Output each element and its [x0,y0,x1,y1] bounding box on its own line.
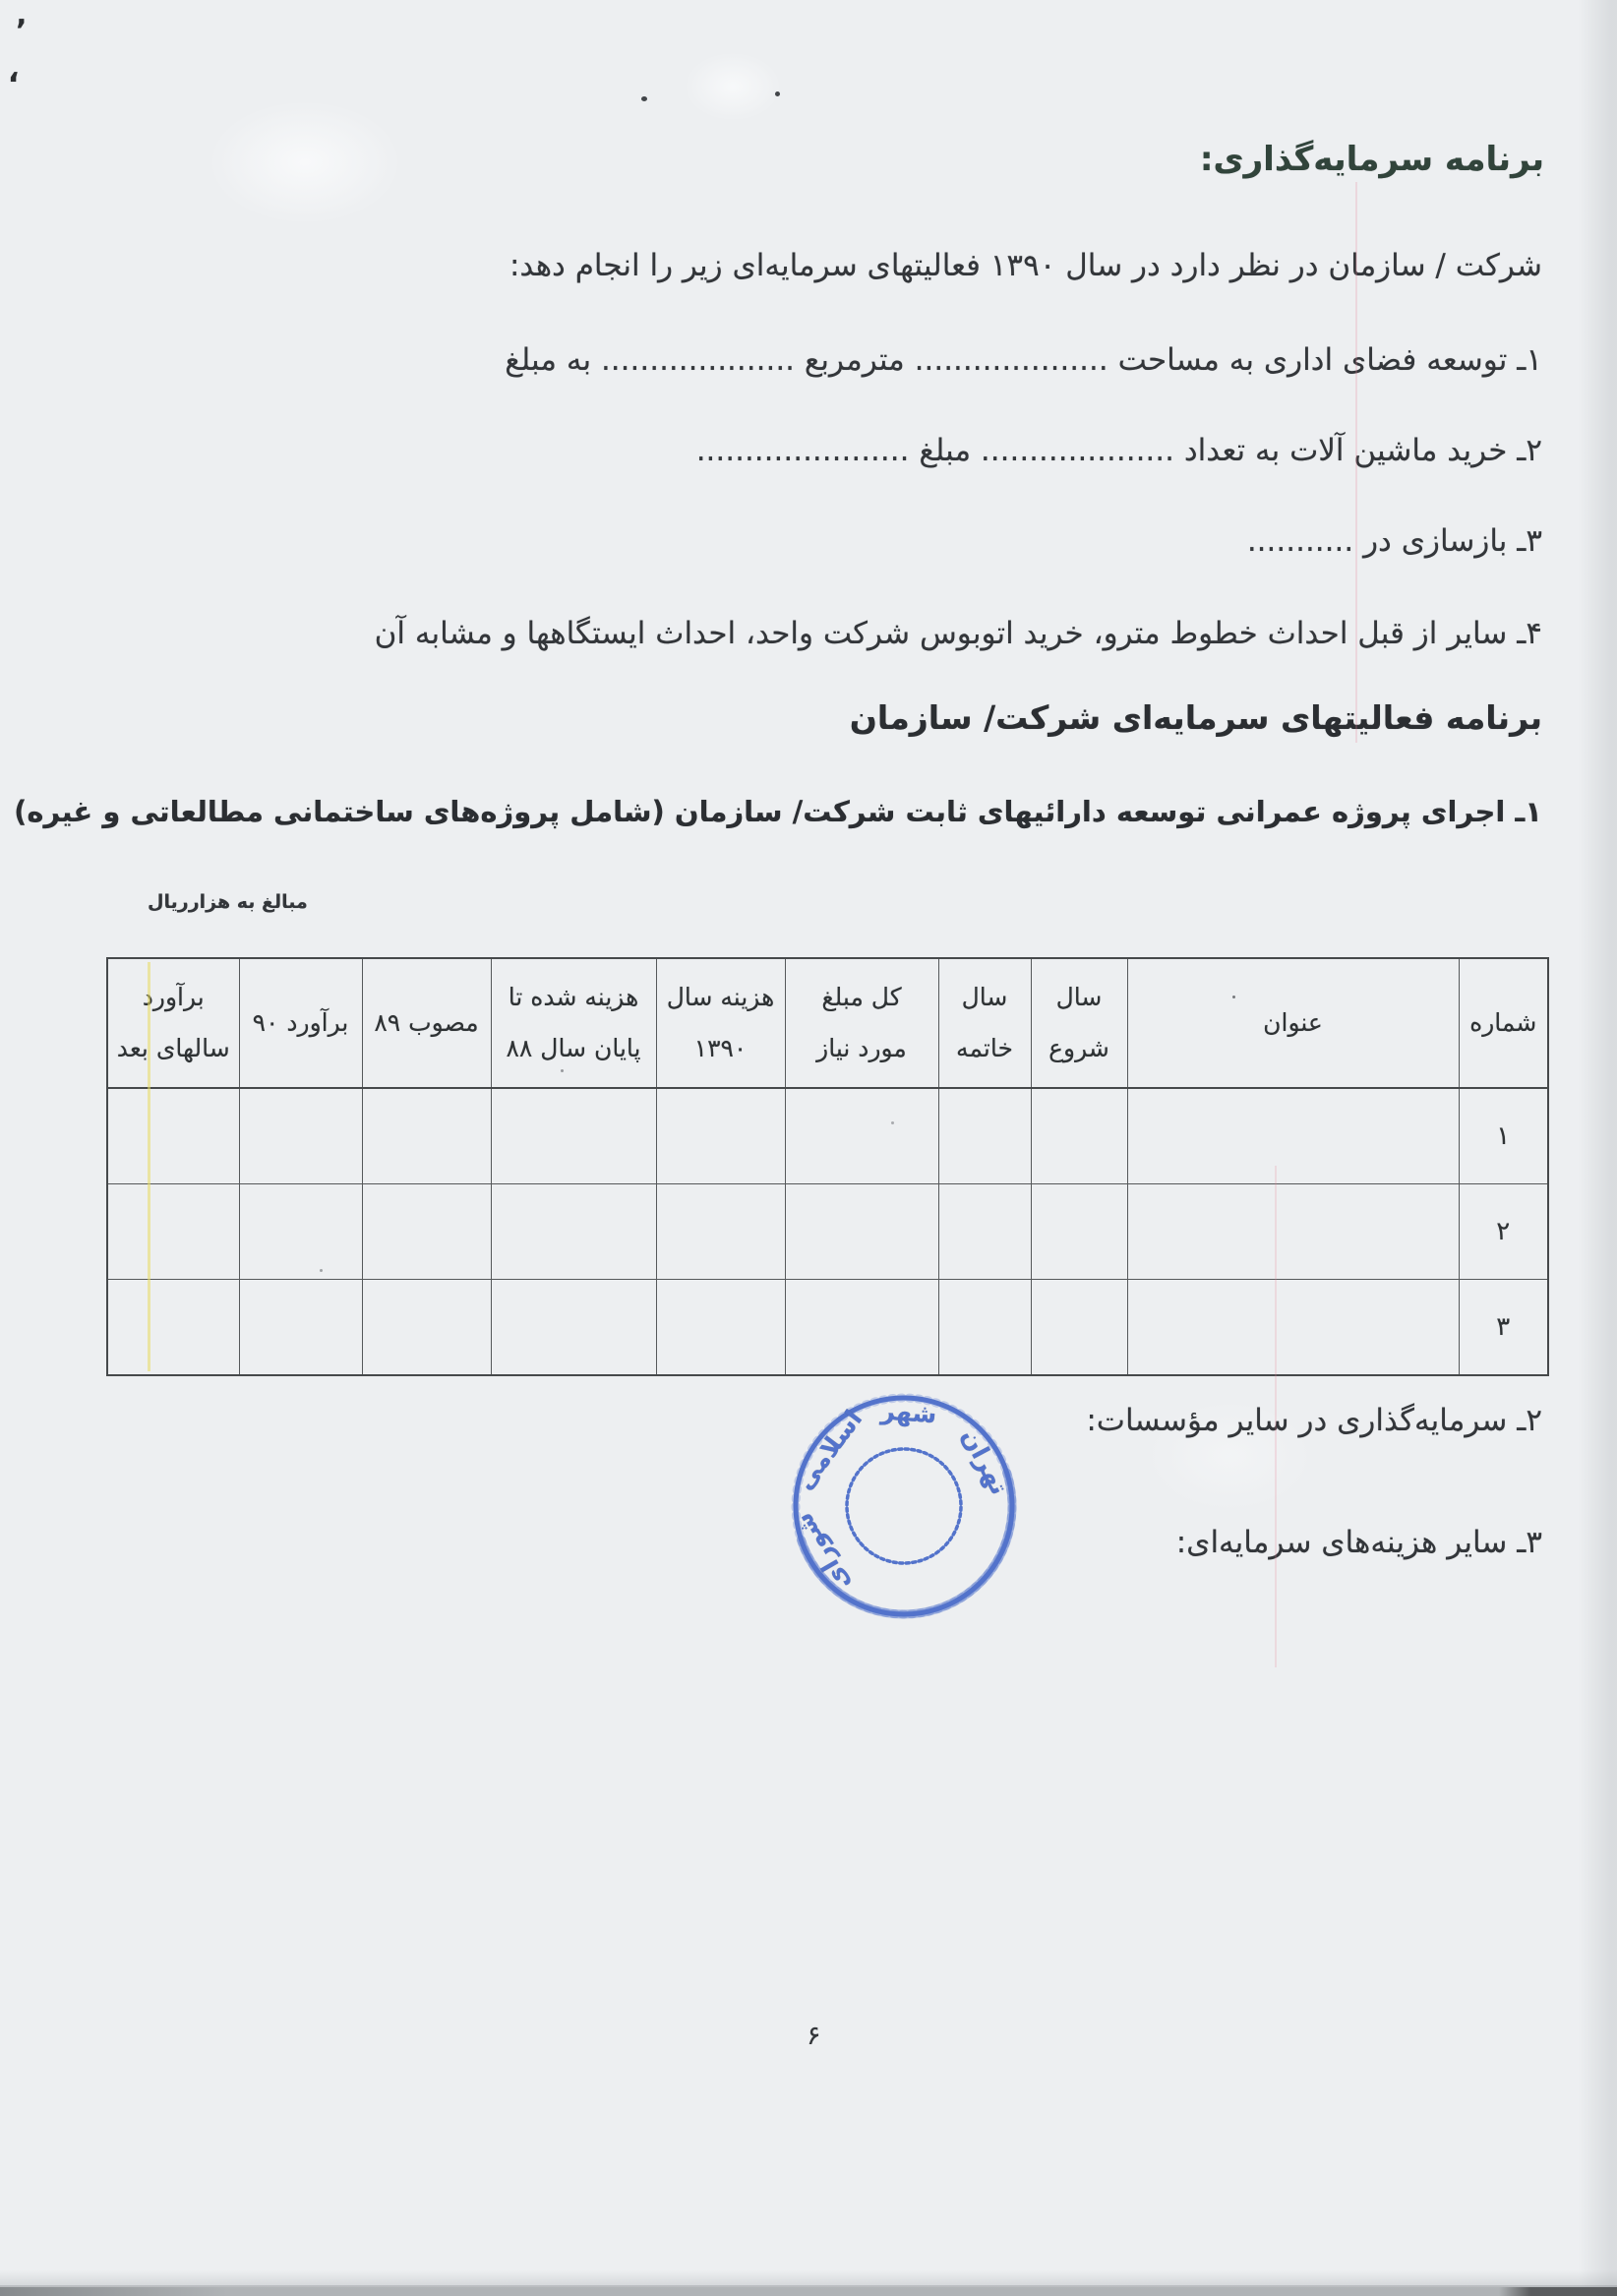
stamp-word-1: شورای [789,1508,857,1597]
empty-cell [785,1184,938,1280]
table-row: ۱ [107,1088,1548,1184]
empty-cell [239,1280,362,1376]
header-number: شماره [1459,958,1548,1088]
post-table-item-3: ۳ـ سایر هزینه‌های سرمایه‌ای: [1176,1523,1542,1564]
empty-cell [1031,1088,1127,1184]
table-row: ۲ [107,1184,1548,1280]
empty-cell [785,1280,938,1376]
empty-cell [1031,1184,1127,1280]
scanned-document-page: برنامه سرمایه‌گذاری: شرکت / سازمان در نظ… [0,0,1617,2296]
empty-cell [362,1088,491,1184]
amounts-unit-note: مبالغ به هزارریال [148,891,308,913]
stamp-text-ring: شورای اسلامی شهر تهران [759,1362,1029,1601]
row-number-cell: ۱ [1459,1088,1548,1184]
empty-cell [1127,1184,1459,1280]
empty-cell [239,1184,362,1280]
empty-cell [1031,1280,1127,1376]
scan-speck [1232,996,1235,998]
stamp-word-3: شهر [878,1396,938,1429]
stamp-word-2: اسلامی [790,1405,868,1495]
scan-speck [775,91,780,96]
scan-streak-yellow [148,962,150,1371]
intro-line: شرکت / سازمان در نظر دارد در سال ۱۳۹۰ فع… [509,246,1542,287]
empty-cell [239,1088,362,1184]
header-end-year: سال خاتمه [938,958,1031,1088]
row-number-cell: ۳ [1459,1280,1548,1376]
scan-speck [561,1069,564,1072]
empty-cell [938,1088,1031,1184]
empty-cell [785,1088,938,1184]
scan-mark-top-left: ’ [16,14,27,48]
stamp-inner-circle [832,1434,976,1578]
page-bottom-edge [0,2287,1617,2296]
scan-speck [891,1121,894,1124]
row-number-cell: ۲ [1459,1184,1548,1280]
header-estimate-later-years: برآورد سالهای بعد [107,958,239,1088]
scan-streak-pink [1275,1166,1277,1667]
empty-cell [107,1088,239,1184]
capital-item-1: ۱ـ توسعه فضای اداری به مساحت ...........… [505,340,1542,382]
empty-cell [656,1184,785,1280]
header-estimate-90: برآورد ۹۰ [239,958,362,1088]
header-title: عنوان [1127,958,1459,1088]
empty-cell [107,1280,239,1376]
empty-cell [491,1184,656,1280]
header-approved-89: مصوب ۸۹ [362,958,491,1088]
scan-speck [320,1269,323,1272]
empty-cell [491,1280,656,1376]
section-item-1: ۱ـ اجرای پروژه عمرانی توسعه دارائیهای ثا… [14,795,1542,828]
empty-cell [938,1184,1031,1280]
empty-cell [491,1088,656,1184]
header-start-year: سال شروع [1031,958,1127,1088]
page-title: برنامه سرمایه‌گذاری: [1200,140,1544,179]
table-row: ۳ [107,1280,1548,1376]
page-number: ۶ [807,2021,821,2051]
investment-projects-table: شماره عنوان سال شروع سال خاتمه کل مبلغ م… [106,957,1549,1376]
empty-cell [656,1088,785,1184]
section-title: برنامه فعالیتهای سرمایه‌ای شرکت/ سازمان [850,698,1542,737]
post-table-item-2: ۲ـ سرمایه‌گذاری در سایر مؤسسات: [1086,1401,1542,1442]
capital-item-2: ۲ـ خرید ماشین آلات به تعداد ............… [696,431,1542,472]
scan-streak-pink [1355,182,1357,743]
header-spent-until-end-88: هزینه شده تا پایان سال ۸۸ [491,958,656,1088]
empty-cell [1127,1280,1459,1376]
table-header-row: شماره عنوان سال شروع سال خاتمه کل مبلغ م… [107,958,1548,1088]
scan-speck [641,96,647,101]
council-stamp: شورای اسلامی شهر تهران [742,1344,1066,1668]
empty-cell [362,1184,491,1280]
capital-item-3: ۳ـ بازسازی در ........... [1247,521,1542,563]
empty-cell [107,1184,239,1280]
header-cost-year-1390: هزینه سال ۱۳۹۰ [656,958,785,1088]
empty-cell [1127,1088,1459,1184]
scan-mark-top-left: ، [8,55,19,90]
header-total-amount-needed: کل مبلغ مورد نیاز [785,958,938,1088]
empty-cell [362,1280,491,1376]
capital-item-4: ۴ـ سایر از قبل احداث خطوط مترو، خرید اتو… [375,614,1542,655]
empty-cell [656,1280,785,1376]
